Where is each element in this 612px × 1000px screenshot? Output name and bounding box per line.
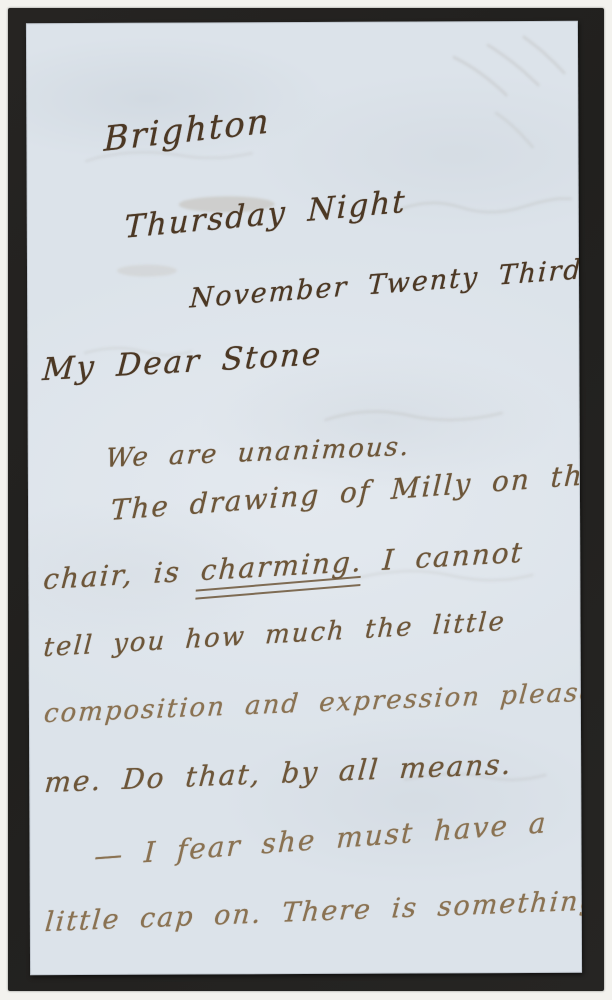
ghost-stroke bbox=[326, 411, 502, 420]
ghost-stroke bbox=[399, 199, 571, 213]
ink-smudge bbox=[117, 265, 177, 277]
black-mat-backing: Brighton Thursday Night November Twenty … bbox=[8, 8, 604, 991]
underlined-word: charming bbox=[200, 548, 353, 585]
letter-paper: Brighton Thursday Night November Twenty … bbox=[26, 21, 582, 975]
letter-photograph: Brighton Thursday Night November Twenty … bbox=[0, 0, 612, 1000]
ghost-stroke bbox=[454, 37, 564, 95]
ghost-stroke bbox=[496, 113, 532, 147]
